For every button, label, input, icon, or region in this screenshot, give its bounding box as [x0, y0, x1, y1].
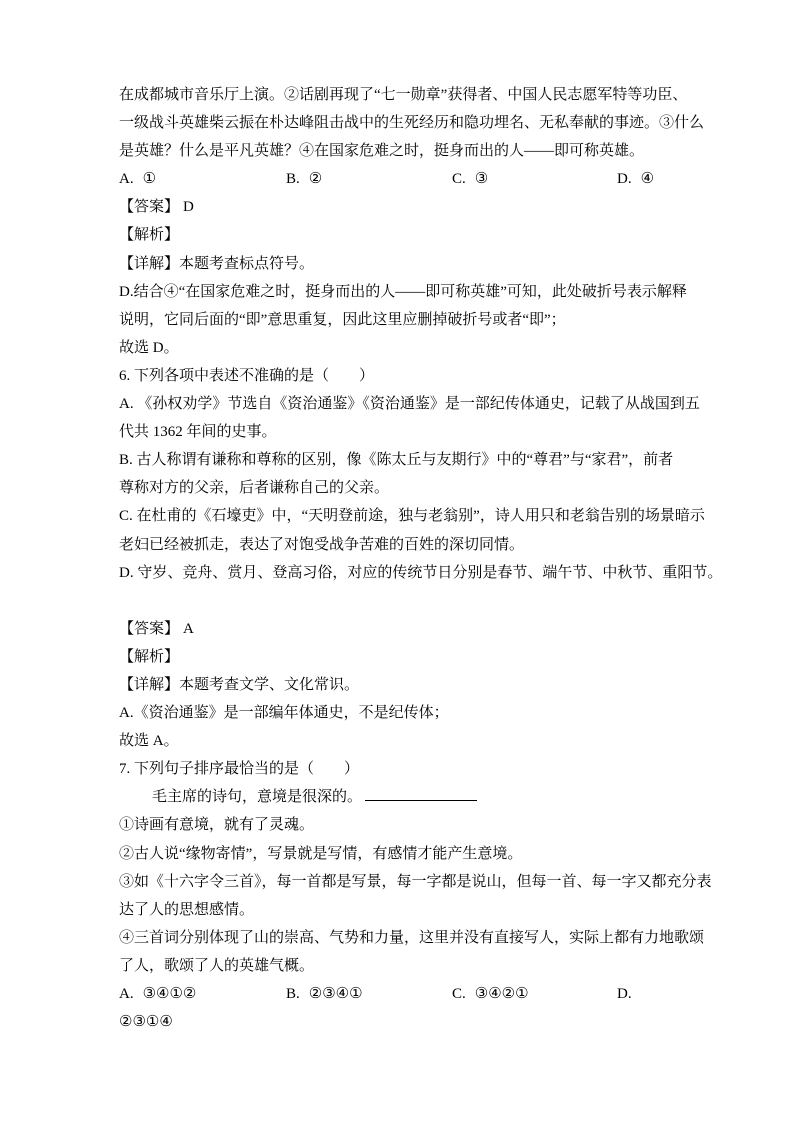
q7-option-a: A.③④①②: [119, 980, 286, 1008]
q6-option-line-3: B. 古人称谓有谦称和尊称的区别，像《陈太丘与友期行》中的“尊君”与“家君”，前…: [119, 446, 708, 474]
q5-option-b-value: ②: [309, 171, 322, 187]
q7-sentence-line-4: 达了人的思想感情。: [119, 896, 708, 924]
q5-body-line-3: 是英雄？什么是平凡英雄？④在国家危难之时，挺身而出的人——即可称英雄。: [119, 137, 708, 165]
q5-detail-line-4: 故选 D。: [119, 334, 708, 362]
document-content: 在成都城市音乐厅上演。②话剧再现了“七一勋章”获得者、中国人民志愿军特等功臣、 …: [0, 0, 794, 1036]
q7-sentence-line-2: ②古人说“缘物寄情”，写景就是写情，有感情才能产生意境。: [119, 840, 708, 868]
q6-option-line-6: 老妇已经被抓走，表达了对饱受战争苦难的百姓的深切同情。: [119, 531, 708, 559]
q6-option-line-4: 尊称对方的父亲，后者谦称自己的父亲。: [119, 474, 708, 502]
q5-option-a-label: A.: [119, 171, 134, 187]
q7-option-c-value: ③④②①: [475, 986, 529, 1002]
blank-line-spacer: [119, 587, 708, 615]
q6-option-line-2: 代共 1362 年间的史事。: [119, 418, 708, 446]
q7-option-b-value: ②③④①: [309, 986, 363, 1002]
exam-document-page: 在成都城市音乐厅上演。②话剧再现了“七一勋章”获得者、中国人民志愿军特等功臣、 …: [0, 0, 794, 1123]
q7-sentence-line-3: ③如《十六字令三首》，每一首都是写景，每一字都是说山，但每一首、每一字又都充分表: [119, 868, 708, 896]
q7-option-a-value: ③④①②: [143, 986, 197, 1002]
q6-option-line-7: D. 守岁、竞舟、赏月、登高习俗，对应的传统节日分别是春节、端午节、中秋节、重阳…: [119, 559, 708, 587]
q5-detail-line-2: D.结合④“在国家危难之时，挺身而出的人——即可称英雄”可知，此处破折号表示解释: [119, 278, 708, 306]
q6-option-line-1: A. 《孙权劝学》节选自《资治通鉴》《资治通鉴》是一部纪传体通史，记载了从战国到…: [119, 390, 708, 418]
q5-option-d-value: ④: [641, 171, 654, 187]
q5-body-line-2: 一级战斗英雄柴云振在朴达峰阻击战中的生死经历和隐功埋名、无私奉献的事迹。③什么: [119, 109, 708, 137]
q5-answer-label: 【答案】: [119, 199, 179, 215]
q7-leadin-line: 毛主席的诗句，意境是很深的。: [119, 783, 708, 811]
q6-answer-value: A: [183, 621, 194, 637]
q5-option-c: C.③: [452, 165, 617, 193]
q5-answer-value: D: [183, 199, 194, 215]
q6-detail-line-2: A.《资治通鉴》是一部编年体通史，不是纪传体；: [119, 699, 708, 727]
q7-option-d: D.: [617, 980, 708, 1008]
q6-answer-label: 【答案】: [119, 621, 179, 637]
q5-answer-line: 【答案】D: [119, 193, 708, 221]
q7-option-a-label: A.: [119, 986, 134, 1002]
q6-option-line-5: C. 在杜甫的《石壕吏》中，“天明登前途，独与老翁别”，诗人用只和老翁告别的场景…: [119, 502, 708, 530]
q5-analysis-label-line: 【解析】: [119, 221, 708, 249]
q5-detail-line-1: 【详解】本题考查标点符号。: [119, 250, 708, 278]
q7-option-d-wrapped-value-line: ②③①④: [119, 1008, 708, 1036]
q5-option-b-label: B.: [286, 171, 300, 187]
q7-sentence-line-1: ①诗画有意境，就有了灵魂。: [119, 811, 708, 839]
q7-stem-line: 7. 下列句子排序最恰当的是（ ）: [119, 755, 708, 783]
q7-option-c: C.③④②①: [452, 980, 617, 1008]
q6-stem-line: 6. 下列各项中表述不准确的是（ ）: [119, 362, 708, 390]
q7-options-row: A.③④①② B.②③④① C.③④②① D.: [119, 980, 708, 1008]
q5-option-b: B.②: [286, 165, 452, 193]
q7-option-c-label: C.: [452, 986, 466, 1002]
q5-body-line-1: 在成都城市音乐厅上演。②话剧再现了“七一勋章”获得者、中国人民志愿军特等功臣、: [119, 81, 708, 109]
q6-detail-line-3: 故选 A。: [119, 727, 708, 755]
q7-leadin-text: 毛主席的诗句，意境是很深的。: [152, 789, 362, 805]
q7-sentence-line-6: 了人，歌颂了人的英雄气概。: [119, 952, 708, 980]
q6-detail-line-1: 【详解】本题考查文学、文化常识。: [119, 671, 708, 699]
q5-option-a-value: ①: [143, 171, 156, 187]
q5-option-d: D.④: [617, 165, 708, 193]
q5-detail-line-3: 说明，它同后面的“即”意思重复，因此这里应删掉破折号或者“即”；: [119, 306, 708, 334]
q6-answer-line: 【答案】A: [119, 615, 708, 643]
q5-option-c-value: ③: [475, 171, 488, 187]
q7-option-b: B.②③④①: [286, 980, 452, 1008]
q6-analysis-label-line: 【解析】: [119, 643, 708, 671]
q5-options-row: A.① B.② C.③ D.④: [119, 165, 708, 193]
q5-option-d-label: D.: [617, 171, 632, 187]
q5-option-a: A.①: [119, 165, 286, 193]
q5-option-c-label: C.: [452, 171, 466, 187]
q7-sentence-line-5: ④三首词分别体现了山的崇高、气势和力量，这里并没有直接写人，实际上都有力地歌颂: [119, 924, 708, 952]
q7-option-d-label: D.: [617, 986, 632, 1002]
fill-in-blank-underline: [365, 785, 477, 801]
q7-option-b-label: B.: [286, 986, 300, 1002]
